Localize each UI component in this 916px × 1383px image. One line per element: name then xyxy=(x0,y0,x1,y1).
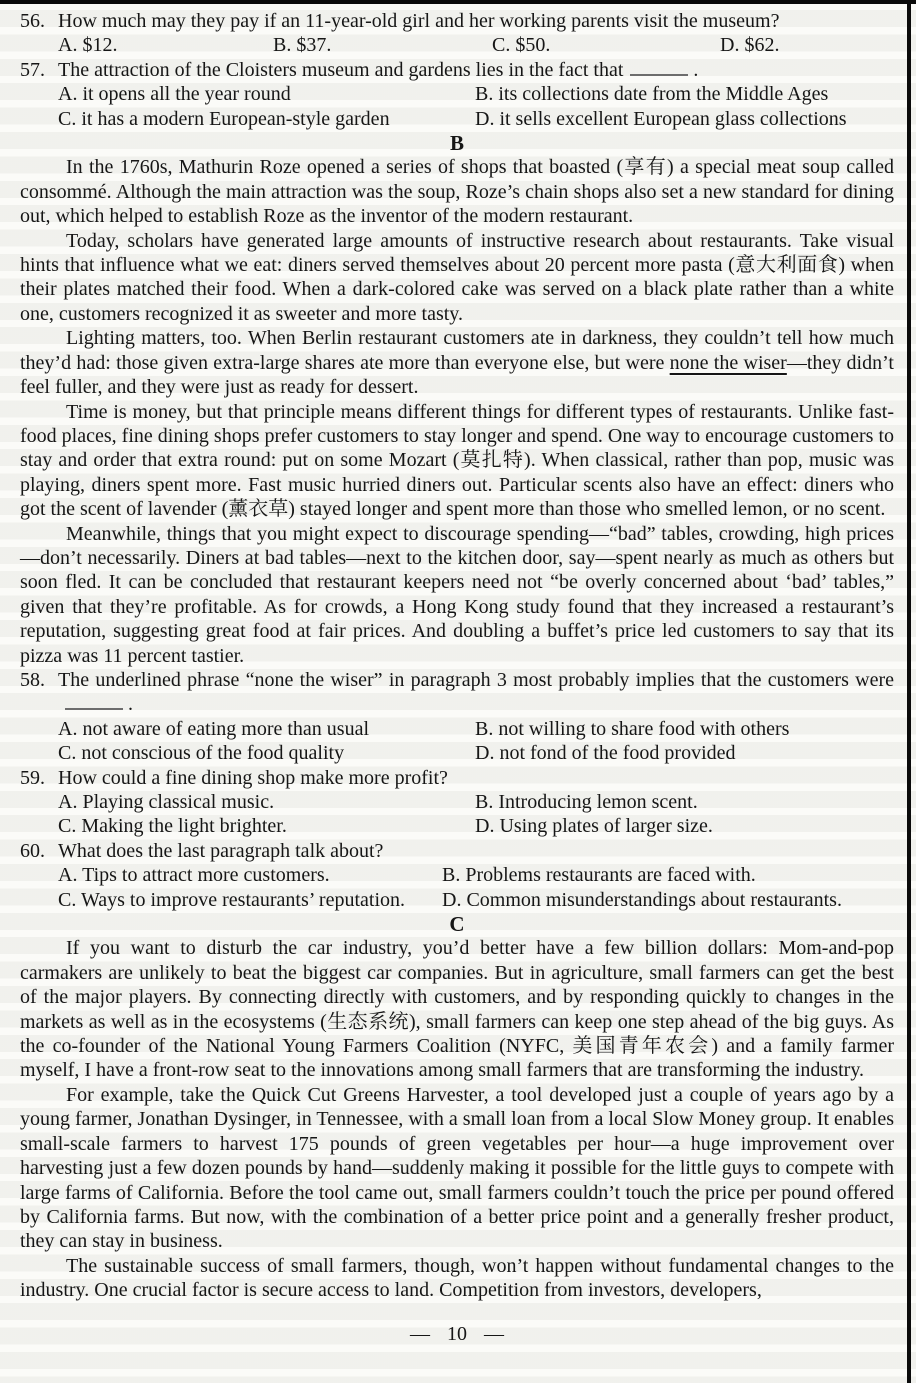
page-content: 56. How much may they pay if an 11-year-… xyxy=(0,0,916,1346)
option-b: B. not willing to share food with others xyxy=(475,717,894,741)
question-58: 58. The underlined phrase “none the wise… xyxy=(20,668,894,766)
scan-edge-right xyxy=(907,0,911,1383)
passage-c-paragraph-3: The sustainable success of small farmers… xyxy=(20,1254,894,1303)
option-b: B. $37. xyxy=(273,33,492,57)
passage-b-paragraph-4: Time is money, but that principle means … xyxy=(20,400,894,522)
option-b: B. Introducing lemon scent. xyxy=(475,790,894,814)
page-number: — 10 — xyxy=(20,1322,894,1346)
passage-c-paragraph-2: For example, take the Quick Cut Greens H… xyxy=(20,1083,894,1254)
passage-b-paragraph-1: In the 1760s, Mathurin Roze opened a ser… xyxy=(20,155,894,228)
question-text: What does the last paragraph talk about? xyxy=(58,840,383,862)
question-number: 60. xyxy=(20,839,45,863)
question-number: 58. xyxy=(20,668,45,692)
option-c: C. $50. xyxy=(492,33,720,57)
passage-c-paragraph-1: If you want to disturb the car industry,… xyxy=(20,936,894,1082)
question-60: 60. What does the last paragraph talk ab… xyxy=(20,839,894,912)
scan-edge-top xyxy=(0,0,916,4)
options-row: A. $12. B. $37. C. $50. D. $62. xyxy=(58,33,894,57)
question-text-after: . xyxy=(693,59,698,81)
underlined-phrase: none the wiser xyxy=(670,352,787,374)
question-59: 59. How could a fine dining shop make mo… xyxy=(20,766,894,839)
answer-blank xyxy=(630,61,688,76)
answer-blank xyxy=(65,695,123,710)
question-text: How much may they pay if an 11-year-old … xyxy=(58,10,779,32)
exam-page: 56. How much may they pay if an 11-year-… xyxy=(0,0,916,1383)
question-56: 56. How much may they pay if an 11-year-… xyxy=(20,9,894,58)
option-b: B. its collections date from the Middle … xyxy=(475,82,894,106)
question-text: The underlined phrase “none the wiser” i… xyxy=(58,669,894,691)
question-number: 56. xyxy=(20,9,45,33)
options-grid: A. Playing classical music. B. Introduci… xyxy=(58,790,894,839)
options-grid: A. it opens all the year round B. its co… xyxy=(58,82,894,131)
question-text: How could a fine dining shop make more p… xyxy=(58,767,448,789)
option-c: C. it has a modern European-style garden xyxy=(58,107,475,131)
passage-b-paragraph-3: Lighting matters, too. When Berlin resta… xyxy=(20,326,894,399)
option-d: D. Common misunderstandings about restau… xyxy=(442,888,894,912)
option-c: C. Making the light brighter. xyxy=(58,814,475,838)
option-a: A. not aware of eating more than usual xyxy=(58,717,475,741)
option-a: A. Tips to attract more customers. xyxy=(58,863,442,887)
question-number: 59. xyxy=(20,766,45,790)
option-a: A. $12. xyxy=(58,33,273,57)
question-number: 57. xyxy=(20,58,45,82)
section-c-label: C xyxy=(20,912,894,936)
option-d: D. it sells excellent European glass col… xyxy=(475,107,894,131)
question-57: 57. The attraction of the Cloisters muse… xyxy=(20,58,894,131)
options-grid: A. Tips to attract more customers. B. Pr… xyxy=(58,863,894,912)
question-text-after: . xyxy=(128,693,133,715)
option-c: C. not conscious of the food quality xyxy=(58,741,475,765)
passage-b-paragraph-5: Meanwhile, things that you might expect … xyxy=(20,522,894,668)
option-d: D. Using plates of larger size. xyxy=(475,814,894,838)
option-a: A. it opens all the year round xyxy=(58,82,475,106)
option-d: D. $62. xyxy=(720,33,894,57)
options-grid: A. not aware of eating more than usual B… xyxy=(58,717,894,766)
option-d: D. not fond of the food provided xyxy=(475,741,894,765)
section-b-label: B xyxy=(20,131,894,155)
option-b: B. Problems restaurants are faced with. xyxy=(442,863,894,887)
option-c: C. Ways to improve restaurants’ reputati… xyxy=(58,888,442,912)
option-a: A. Playing classical music. xyxy=(58,790,475,814)
question-text: The attraction of the Cloisters museum a… xyxy=(58,59,623,81)
passage-b-paragraph-2: Today, scholars have generated large amo… xyxy=(20,229,894,327)
